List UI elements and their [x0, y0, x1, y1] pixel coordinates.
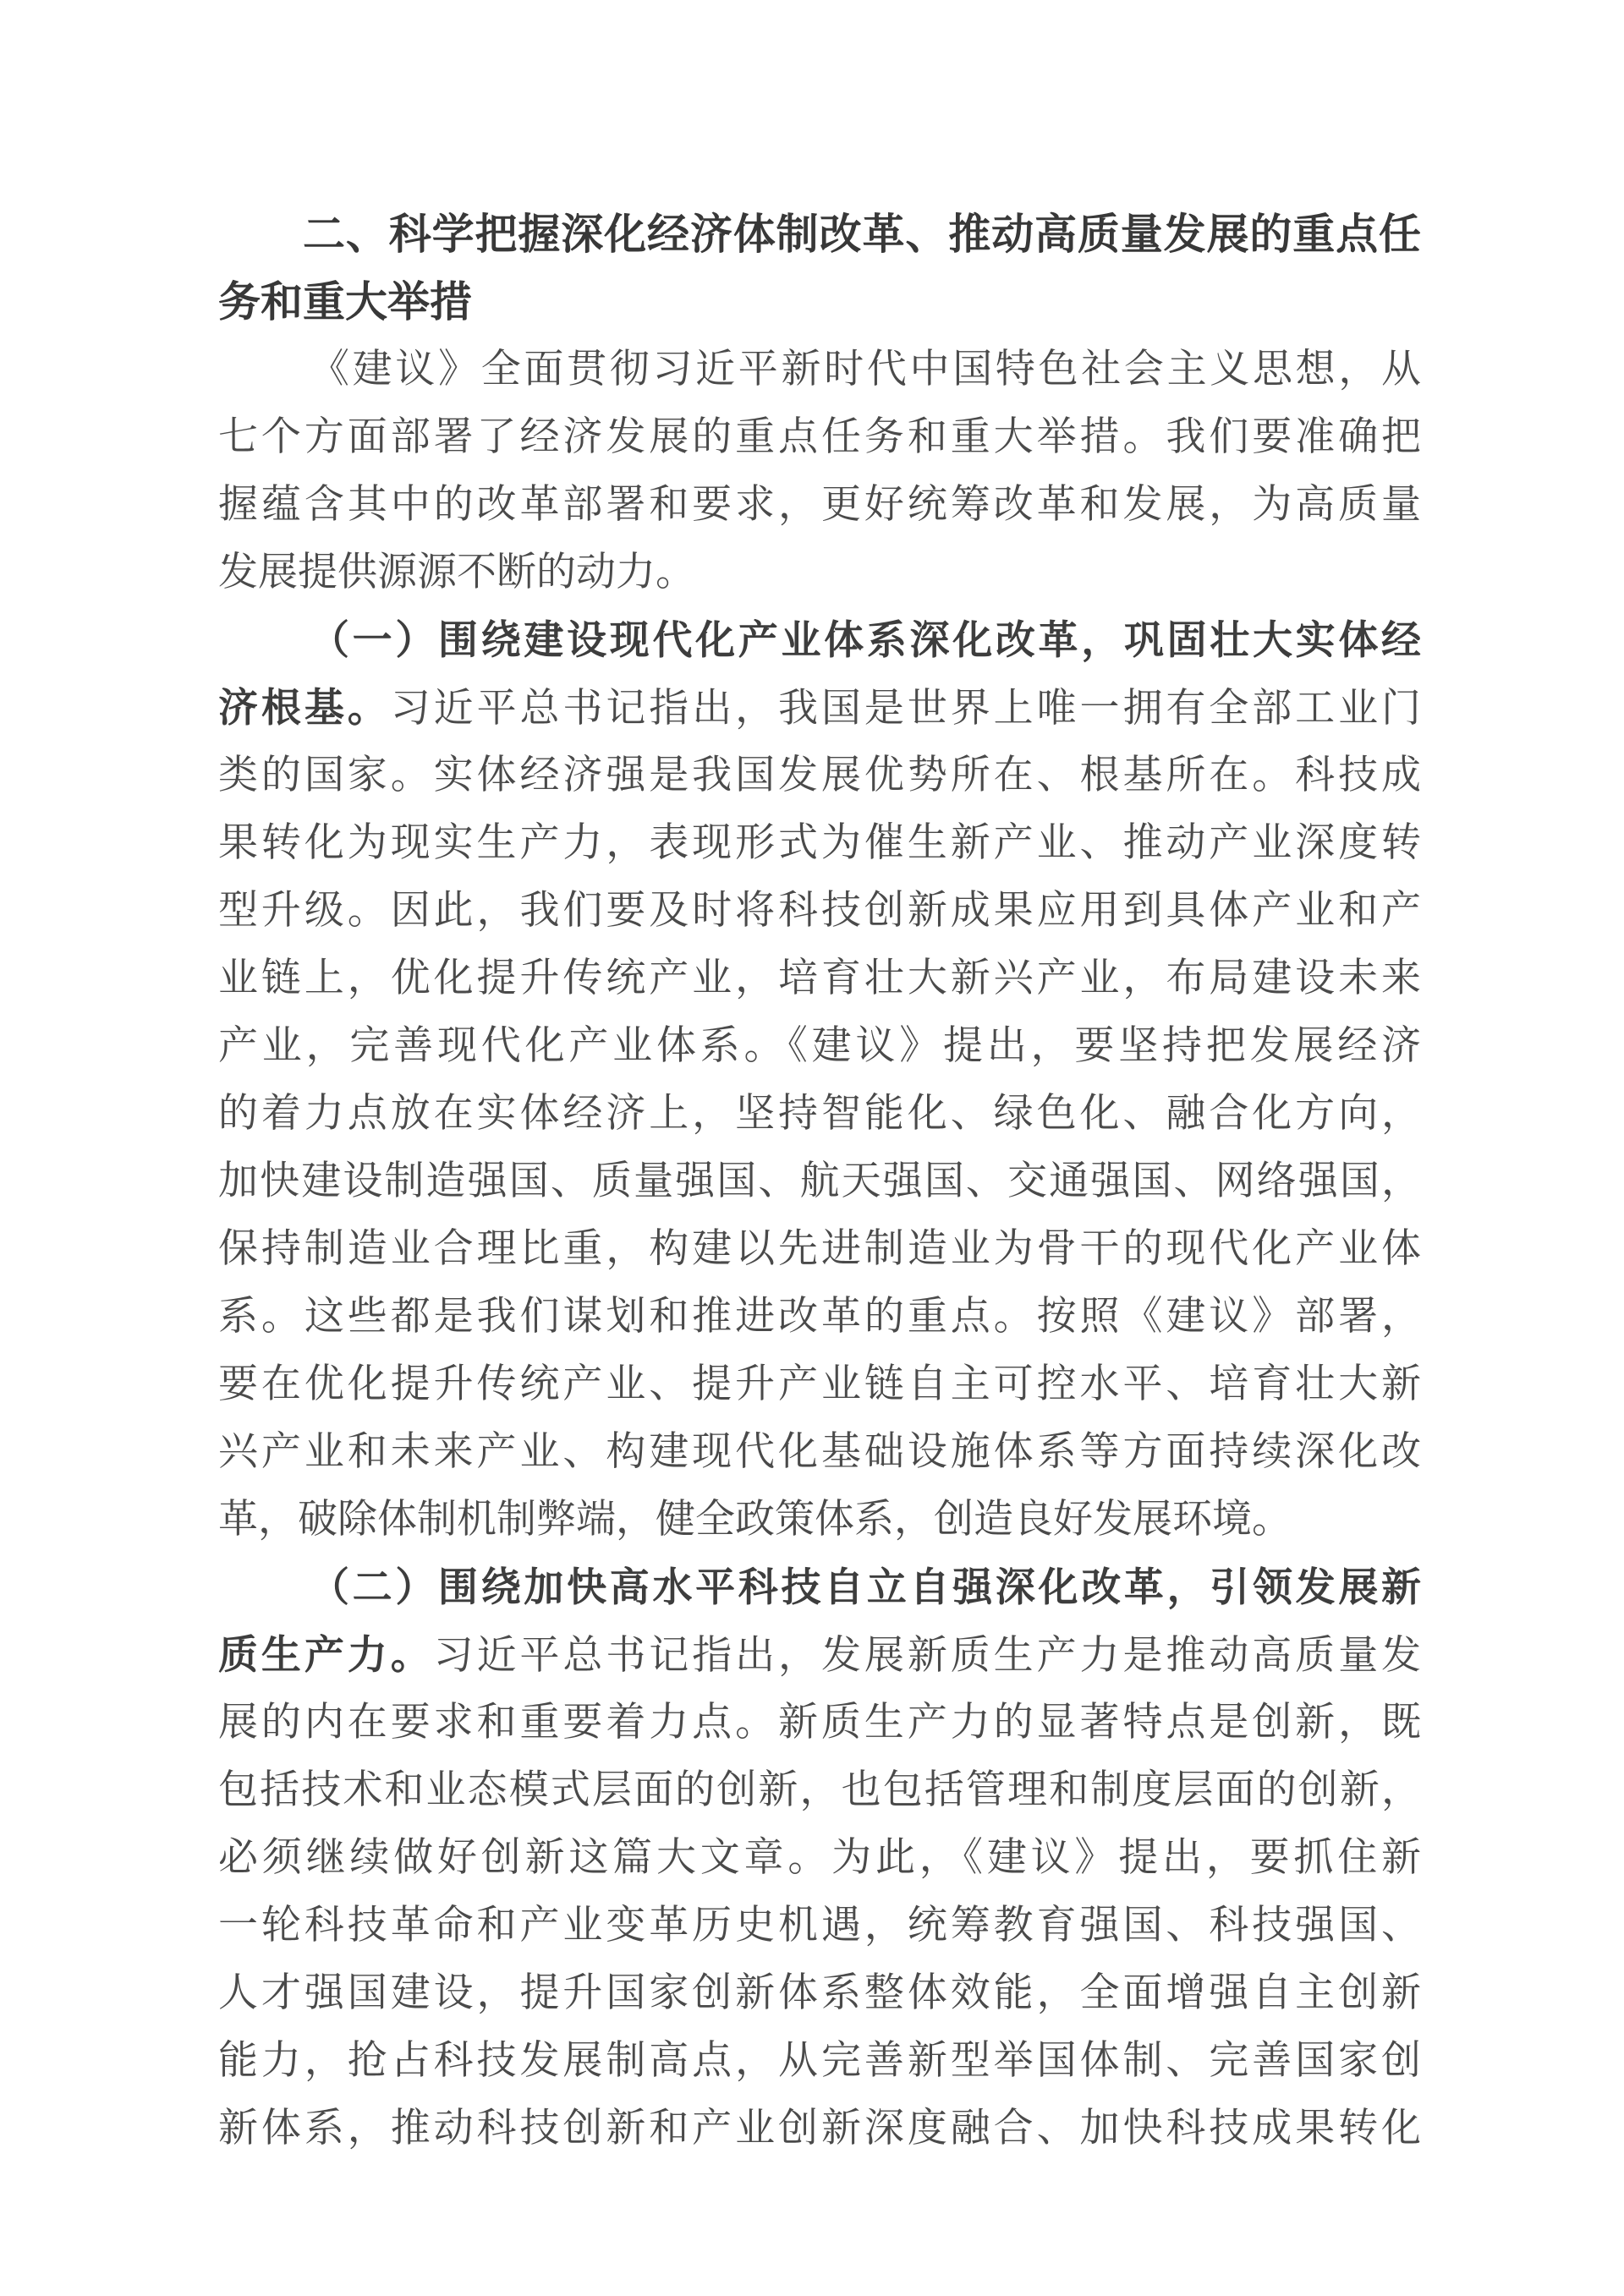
text-line: 能力，抢占科技发展制高点，从完善新型举国体制、完善国家创	[218, 2027, 1421, 2095]
text-run: 类的国家。实体经济强是我国发展优势所在、根基所在。科技成	[218, 753, 1421, 797]
text-run: 产业，完善现代化产业体系。《建议》提出，要坚持把发展经济	[218, 1024, 1421, 1068]
text-run: 握蕴含其中的改革部署和要求，更好统筹改革和发展，为高质量	[218, 483, 1421, 527]
text-line: 加快建设制造强国、质量强国、航天强国、交通强国、网络强国，	[218, 1148, 1421, 1215]
text-run: 人才强国建设，提升国家创新体系整体效能，全面增强自主创新	[218, 1971, 1421, 2015]
text-run: 业链上，优化提升传统产业，培育壮大新兴产业，布局建设未来	[218, 956, 1421, 1000]
bold-text-run: （二）围绕加快高水平科技自立自强深化改革，引领发展新	[310, 1564, 1421, 1609]
text-run: 革，破除体制机制弊端，健全政策体系，创造良好发展环境。	[218, 1498, 1292, 1542]
text-line: 产业，完善现代化产业体系。《建议》提出，要坚持把发展经济	[218, 1012, 1421, 1080]
text-run: 一轮科技革命和产业变革历史机遇，统筹教育强国、科技强国、	[218, 1904, 1421, 1948]
text-run: 兴产业和未来产业、构建现代化基础设施体系等方面持续深化改	[218, 1430, 1421, 1474]
text-line: 业链上，优化提升传统产业，培育壮大新兴产业，布局建设未来	[218, 945, 1421, 1012]
text-line: 的着力点放在实体经济上，坚持智能化、绿色化、融合化方向，	[218, 1080, 1421, 1148]
text-line: 质生产力。习近平总书记指出，发展新质生产力是推动高质量发	[218, 1621, 1421, 1689]
bold-text-run: 济根基。	[218, 685, 391, 730]
text-run: 习近平总书记指出，我国是世界上唯一拥有全部工业门	[391, 687, 1421, 731]
text-run: 发展提供源源不断的动力。	[218, 551, 695, 595]
text-line: 保持制造业合理比重，构建以先进制造业为骨干的现代化产业体	[218, 1215, 1421, 1283]
text-line: 果转化为现实生产力，表现形式为催生新产业、推动产业深度转	[218, 809, 1421, 877]
text-run: 《建议》全面贯彻习近平新时代中国特色社会主义思想，从	[310, 348, 1421, 392]
document-page: 二、科学把握深化经济体制改革、推动高质量发展的重点任务和重大举措《建议》全面贯彻…	[0, 0, 1624, 2296]
heading-line: 务和重大举措	[218, 268, 1421, 336]
text-line: 展的内在要求和重要着力点。新质生产力的显著特点是创新，既	[218, 1689, 1421, 1756]
text-line: （二）围绕加快高水平科技自立自强深化改革，引领发展新	[218, 1553, 1421, 1621]
text-run: 七个方面部署了经济发展的重点任务和重大举措。我们要准确把	[218, 415, 1421, 459]
text-line: 《建议》全面贯彻习近平新时代中国特色社会主义思想，从	[218, 336, 1421, 403]
text-run: 果转化为现实生产力，表现形式为催生新产业、推动产业深度转	[218, 821, 1421, 865]
text-run: 展的内在要求和重要着力点。新质生产力的显著特点是创新，既	[218, 1701, 1421, 1745]
heading-line: 二、科学把握深化经济体制改革、推动高质量发展的重点任	[218, 200, 1421, 268]
text-line: 型升级。因此，我们要及时将科技创新成果应用到具体产业和产	[218, 877, 1421, 945]
text-line: 握蕴含其中的改革部署和要求，更好统筹改革和发展，为高质量	[218, 471, 1421, 539]
text-run: 能力，抢占科技发展制高点，从完善新型举国体制、完善国家创	[218, 2039, 1421, 2083]
text-run: 二、科学把握深化经济体制改革、推动高质量发展的重点任	[303, 211, 1421, 258]
text-run: 保持制造业合理比重，构建以先进制造业为骨干的现代化产业体	[218, 1227, 1421, 1271]
text-line: 系。这些都是我们谋划和推进改革的重点。按照《建议》部署，	[218, 1283, 1421, 1351]
bold-text-run: （一）围绕建设现代化产业体系深化改革，巩固壮大实体经	[310, 617, 1421, 662]
text-line: 济根基。习近平总书记指出，我国是世界上唯一拥有全部工业门	[218, 674, 1421, 742]
text-run: 新体系，推动科技创新和产业创新深度融合、加快科技成果转化	[218, 2107, 1421, 2151]
text-line: 人才强国建设，提升国家创新体系整体效能，全面增强自主创新	[218, 1959, 1421, 2027]
document-content: 二、科学把握深化经济体制改革、推动高质量发展的重点任务和重大举措《建议》全面贯彻…	[218, 200, 1421, 2162]
text-run: 加快建设制造强国、质量强国、航天强国、交通强国、网络强国，	[218, 1159, 1421, 1203]
text-line: 发展提供源源不断的动力。	[218, 539, 1421, 606]
text-run: 务和重大举措	[218, 278, 472, 326]
text-line: 兴产业和未来产业、构建现代化基础设施体系等方面持续深化改	[218, 1418, 1421, 1486]
text-line: 包括技术和业态模式层面的创新，也包括管理和制度层面的创新，	[218, 1756, 1421, 1824]
text-line: 一轮科技革命和产业变革历史机遇，统筹教育强国、科技强国、	[218, 1892, 1421, 1959]
text-line: 类的国家。实体经济强是我国发展优势所在、根基所在。科技成	[218, 742, 1421, 809]
text-line: 要在优化提升传统产业、提升产业链自主可控水平、培育壮大新	[218, 1351, 1421, 1418]
text-run: 习近平总书记指出，发展新质生产力是推动高质量发	[434, 1634, 1421, 1678]
text-run: 包括技术和业态模式层面的创新，也包括管理和制度层面的创新，	[218, 1768, 1421, 1812]
text-run: 系。这些都是我们谋划和推进改革的重点。按照《建议》部署，	[218, 1295, 1421, 1339]
text-line: 革，破除体制机制弊端，健全政策体系，创造良好发展环境。	[218, 1486, 1421, 1553]
text-line: （一）围绕建设现代化产业体系深化改革，巩固壮大实体经	[218, 606, 1421, 674]
text-run: 要在优化提升传统产业、提升产业链自主可控水平、培育壮大新	[218, 1362, 1421, 1406]
text-line: 必须继续做好创新这篇大文章。为此，《建议》提出，要抓住新	[218, 1824, 1421, 1892]
text-run: 必须继续做好创新这篇大文章。为此，《建议》提出，要抓住新	[218, 1836, 1421, 1880]
bold-text-run: 质生产力。	[218, 1632, 434, 1677]
text-line: 七个方面部署了经济发展的重点任务和重大举措。我们要准确把	[218, 403, 1421, 471]
text-run: 型升级。因此，我们要及时将科技创新成果应用到具体产业和产	[218, 889, 1421, 933]
text-line: 新体系，推动科技创新和产业创新深度融合、加快科技成果转化	[218, 2095, 1421, 2162]
text-run: 的着力点放在实体经济上，坚持智能化、绿色化、融合化方向，	[218, 1092, 1421, 1136]
